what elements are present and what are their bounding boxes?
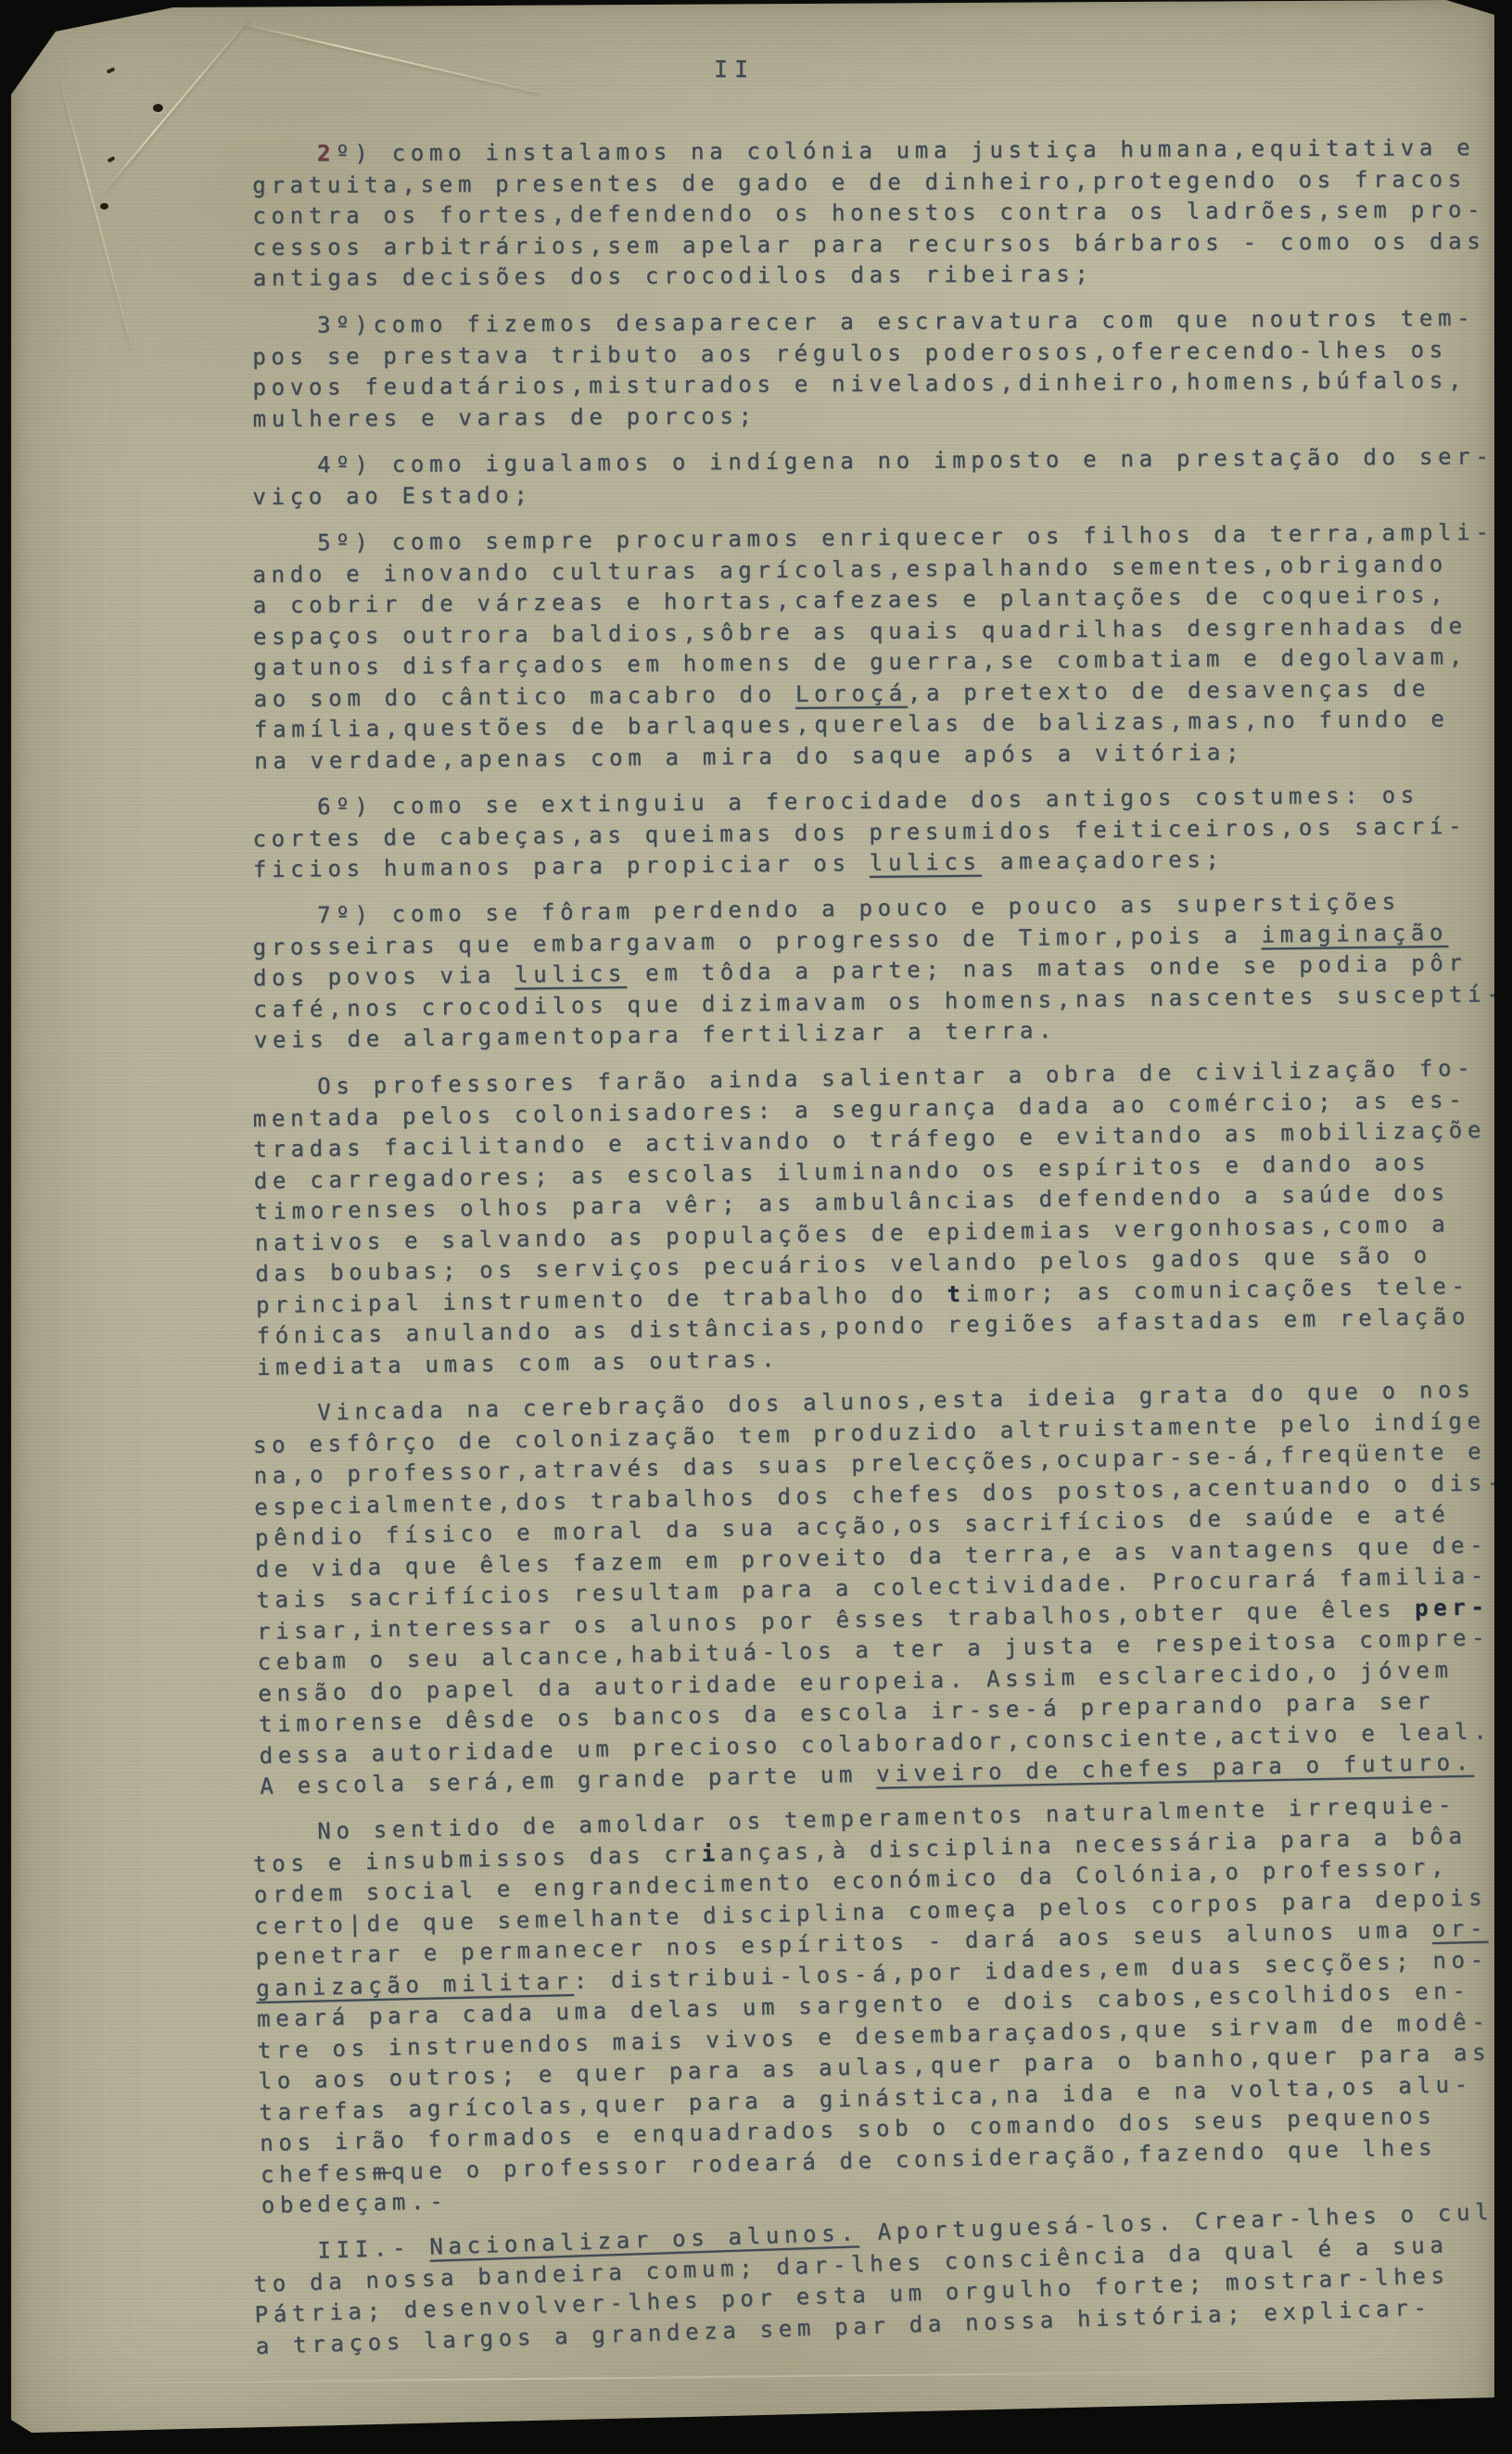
text-run: antigas decisões dos crocodilos das ribe… <box>253 261 1094 291</box>
text-run: i <box>701 1840 720 1866</box>
paragraph: III.- Nacionalizar os alunos. Aportugues… <box>252 2196 1503 2362</box>
text-run: povos feudatários,misturados e nivelados… <box>252 366 1467 400</box>
text-run: 3º)como fizemos desaparecer a escravatur… <box>317 304 1475 337</box>
underlined-text: imaginação <box>1261 919 1448 947</box>
paragraph: 4º) como igualamos o indígena no imposto… <box>252 441 1499 513</box>
paragraph: 2º) como instalamos na colónia uma justi… <box>252 133 1500 295</box>
paragraph: Os professores farão ainda salientar a o… <box>252 1052 1504 1383</box>
text-run: 4º) como igualamos o indígena no imposto… <box>317 443 1494 477</box>
paper-crease <box>243 23 541 94</box>
text-run: per- <box>1415 1593 1490 1621</box>
paragraph: 3º)como fizemos desaparecer a escravatur… <box>252 302 1500 434</box>
text-run: contra os fortes,defendendo os honestos … <box>252 197 1485 229</box>
text-block: 2º) como instalamos na colónia uma justi… <box>252 139 1499 2378</box>
underlined-text: Loroçá <box>795 680 908 706</box>
page-number: II <box>714 56 755 83</box>
paper-hole <box>153 104 163 112</box>
text-run: mulheres e varas de porcos; <box>253 402 757 431</box>
text-run: dos povos via <box>253 961 515 991</box>
paper-crease <box>104 19 248 191</box>
paragraph: 6º) como se extinguiu a ferocidade dos a… <box>252 779 1500 885</box>
underlined-text: ganização militar <box>256 1967 574 2001</box>
text-run: m <box>373 2158 392 2184</box>
paper-sheet: II 2º) como instalamos na colónia uma ju… <box>11 0 1494 2454</box>
paper-crease <box>60 83 134 352</box>
text-run: ameaçadores; <box>982 846 1225 874</box>
paragraph: 7º) como se fôram perdendo a pouco e pou… <box>252 885 1501 1056</box>
text-run: III.- <box>317 2233 430 2263</box>
paper-speck <box>107 67 116 73</box>
text-run: 2 <box>317 141 336 167</box>
paper-hole <box>100 203 108 210</box>
paragraph: 5º) como sempre procuramos enriquecer os… <box>252 516 1501 776</box>
text-line: cessos arbitrários,sem apelar para recur… <box>253 225 1500 263</box>
text-run: ,a pretexto de desavenças de <box>908 674 1430 705</box>
text-run: pos se prestava tributo aos régulos pode… <box>252 336 1448 369</box>
text-run: imor; as comunicações tele- <box>965 1272 1469 1306</box>
text-run: ficios humanos para propiciar os <box>253 849 870 882</box>
paragraph: No sentido de amoldar os temperamentos n… <box>252 1788 1508 2221</box>
underlined-text: lulics <box>870 848 982 875</box>
scanned-document-screenshot: { "colors": { "paper": "#b7b29a", "ink":… <box>0 0 1512 2454</box>
underlined-text: lulics <box>515 960 627 988</box>
text-run: ao som do cântico macabro do <box>254 680 796 711</box>
text-run: t <box>947 1280 966 1306</box>
text-run: cessos arbitrários,sem apelar para recur… <box>253 228 1486 261</box>
paper-speck <box>108 156 116 162</box>
text-run: gratuita,sem presentes de gado e de dinh… <box>252 166 1467 198</box>
text-run: obedeçam.- <box>261 2188 449 2219</box>
text-run: viço ao Estado; <box>252 481 532 509</box>
underlined-text: or- <box>1431 1915 1488 1942</box>
paragraph: Vincada na cerebração dos alunos,esta id… <box>252 1374 1506 1802</box>
text-line: antigas decisões dos crocodilos das ribe… <box>253 257 1500 295</box>
text-run: º) como instalamos na colónia uma justiç… <box>336 134 1475 166</box>
text-run: chefes <box>260 2159 374 2188</box>
